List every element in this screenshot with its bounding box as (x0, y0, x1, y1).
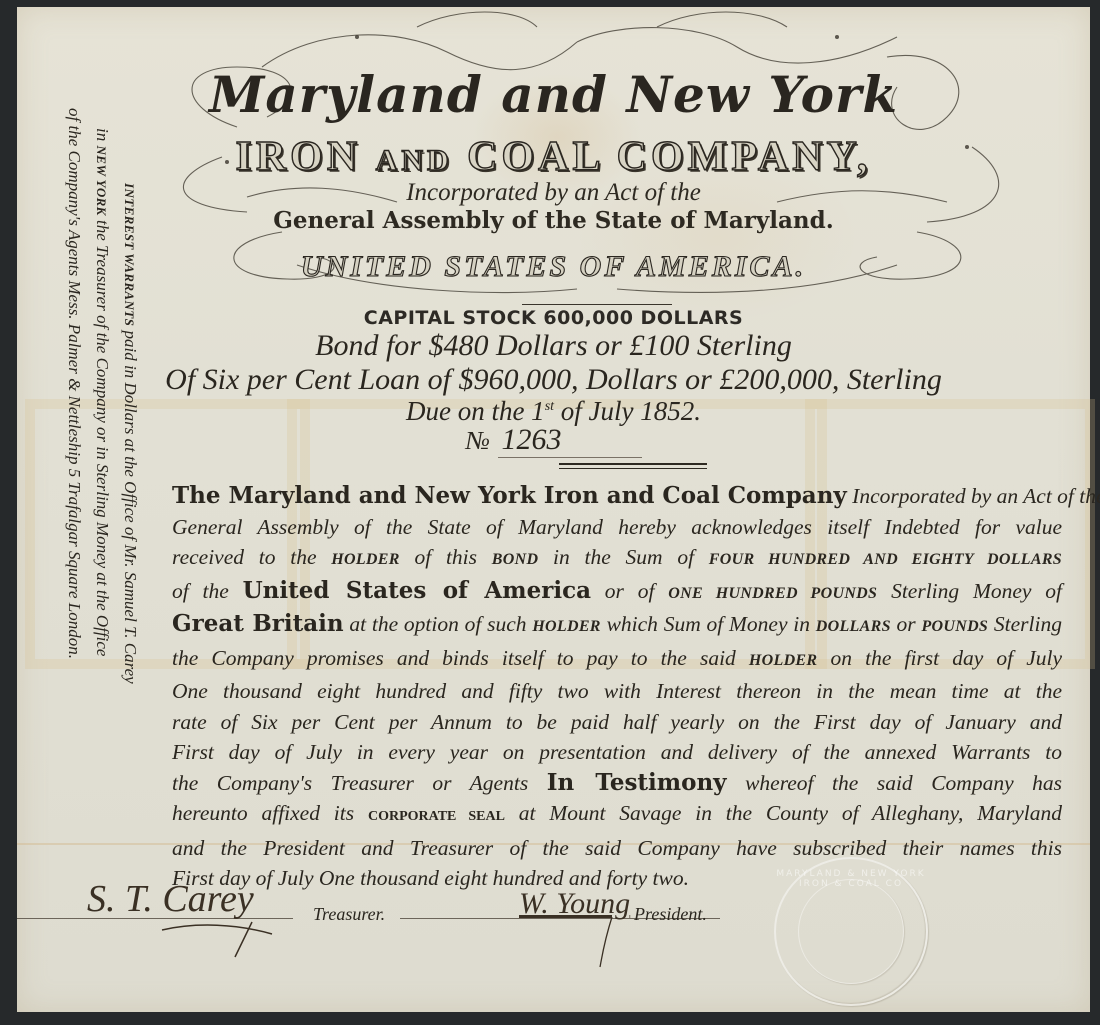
side-note-line: in NEW YORK the Treasurer of the Company… (88, 103, 116, 743)
body-text: of this (400, 545, 492, 569)
country-text: UNITED STATES OF AMERICA. (17, 250, 1090, 284)
body-text: at the option of such (344, 612, 533, 636)
corporate-seal-caps: CORPORATE SEAL (368, 809, 505, 824)
holder-caps: HOLDER (331, 551, 399, 568)
body-line: and the President and Treasurer of the s… (172, 833, 1062, 864)
body-text: in the Sum of (538, 545, 708, 569)
holder-caps: HOLDER (532, 618, 600, 635)
body-line: General Assembly of the State of Marylan… (172, 512, 1062, 543)
side-note-line: INTEREST WARRANTS paid in Dollars at the… (116, 103, 144, 743)
company-name-coal-company: COAL COMPANY, (467, 134, 871, 180)
body-line: First day of July in every year on prese… (172, 737, 1062, 768)
body-text: Sterling (988, 612, 1062, 636)
president-label: President. (634, 904, 707, 925)
body-text: the Company's Treasurer or Agents (172, 771, 547, 795)
loan-description: Of Six per Cent Loan of $960,000, Dollar… (17, 363, 1090, 397)
bond-caps: BOND (492, 551, 539, 568)
body-text: at Mount Savage in the County of Allegha… (505, 801, 1062, 825)
treasurer-label: Treasurer. (313, 904, 385, 925)
great-britain-gothic: Great Britain (172, 610, 344, 637)
company-name-and: AND (376, 144, 453, 177)
treasurer-signature: S. T. Carey (87, 877, 254, 921)
in-testimony-gothic: In Testimony (547, 769, 727, 796)
body-text: which Sum of Money in (601, 612, 816, 636)
embossed-seal-icon: MARYLAND & NEW YORK IRON & COAL CO (774, 857, 928, 1006)
bond-body-text: The Maryland and New York Iron and Coal … (172, 481, 1062, 894)
amount-caps: FOUR HUNDRED AND EIGHTY DOLLARS (709, 551, 1062, 568)
company-name-iron: IRON (235, 134, 361, 180)
number-value: 1263 (498, 423, 642, 458)
incorporated-text: Incorporated by an Act of the (17, 179, 1090, 207)
body-text: or of (591, 579, 668, 603)
president-signature: W. Young (519, 887, 630, 921)
body-text: Sterling Money of (877, 579, 1062, 603)
due-date-prefix: Due on the 1 (406, 396, 545, 426)
dollars-caps: DOLLARS (816, 618, 891, 635)
double-divider-rule (559, 463, 707, 469)
assembly-text: General Assembly of the State of Marylan… (17, 207, 1090, 234)
due-date-suffix: of July 1852. (554, 396, 701, 426)
side-note-line: of the Company's Agents Mess. Palmer & N… (61, 103, 88, 743)
capital-stock: CAPITAL STOCK 600,000 DOLLARS (17, 307, 1090, 329)
interest-warrants-caps: INTEREST WARRANTS (122, 183, 137, 326)
body-line: received to the HOLDER of this BOND in t… (172, 542, 1062, 576)
body-line: hereunto affixed its CORPORATE SEAL at M… (172, 798, 1062, 833)
bond-certificate: Maryland and New York IRON AND COAL COMP… (17, 7, 1090, 1012)
body-line: the Company promises and binds itself to… (172, 643, 1062, 677)
seal-text: MARYLAND & NEW YORK IRON & COAL CO (776, 869, 926, 889)
body-line: the Company's Treasurer or Agents In Tes… (172, 768, 1062, 799)
divider-rule (522, 304, 672, 305)
holder-caps: HOLDER (749, 652, 817, 669)
pounds-caps: POUNDS (921, 618, 988, 635)
body-text: or (891, 612, 922, 636)
body-text: of the (172, 579, 243, 603)
company-name-gothic: The Maryland and New York Iron and Coal … (172, 482, 847, 509)
number-label: № (465, 426, 490, 455)
body-line: rate of Six per Cent per Annum to be pai… (172, 707, 1062, 738)
bond-number: № 1263 (17, 423, 1090, 458)
interest-warrants-side-note: INTEREST WARRANTS paid in Dollars at the… (34, 103, 144, 743)
company-name-line2: IRON AND COAL COMPANY, (17, 133, 1090, 181)
new-york-caps: NEW YORK (94, 145, 109, 215)
body-text: hereunto affixed its (172, 801, 368, 825)
president-signature-flourish-icon (592, 912, 632, 972)
body-text: the Company promises and binds itself to… (172, 646, 749, 670)
body-text: Incorporated by an Act of the (847, 484, 1100, 508)
side-note-text: paid in Dollars at the Office of Mr. Sam… (121, 326, 140, 683)
body-line: The Maryland and New York Iron and Coal … (172, 481, 1062, 512)
body-line: of the United States of America or of ON… (172, 576, 1062, 610)
body-line: One thousand eight hundred and fifty two… (172, 676, 1062, 707)
bond-amount: Bond for $480 Dollars or £100 Sterling (17, 329, 1090, 363)
side-note-text: in (93, 128, 112, 145)
usa-gothic: United States of America (243, 577, 591, 604)
company-name-line1: Maryland and New York (17, 65, 1090, 124)
due-date-ordinal: st (545, 399, 554, 414)
body-text: whereof the said Company has (727, 771, 1062, 795)
pounds-caps: ONE HUNDRED POUNDS (668, 585, 877, 602)
body-line: Great Britain at the option of such HOLD… (172, 609, 1062, 643)
body-text: on the first day of July (817, 646, 1062, 670)
side-note-text: the Treasurer of the Company or in Sterl… (93, 216, 112, 657)
body-text: received to the (172, 545, 331, 569)
